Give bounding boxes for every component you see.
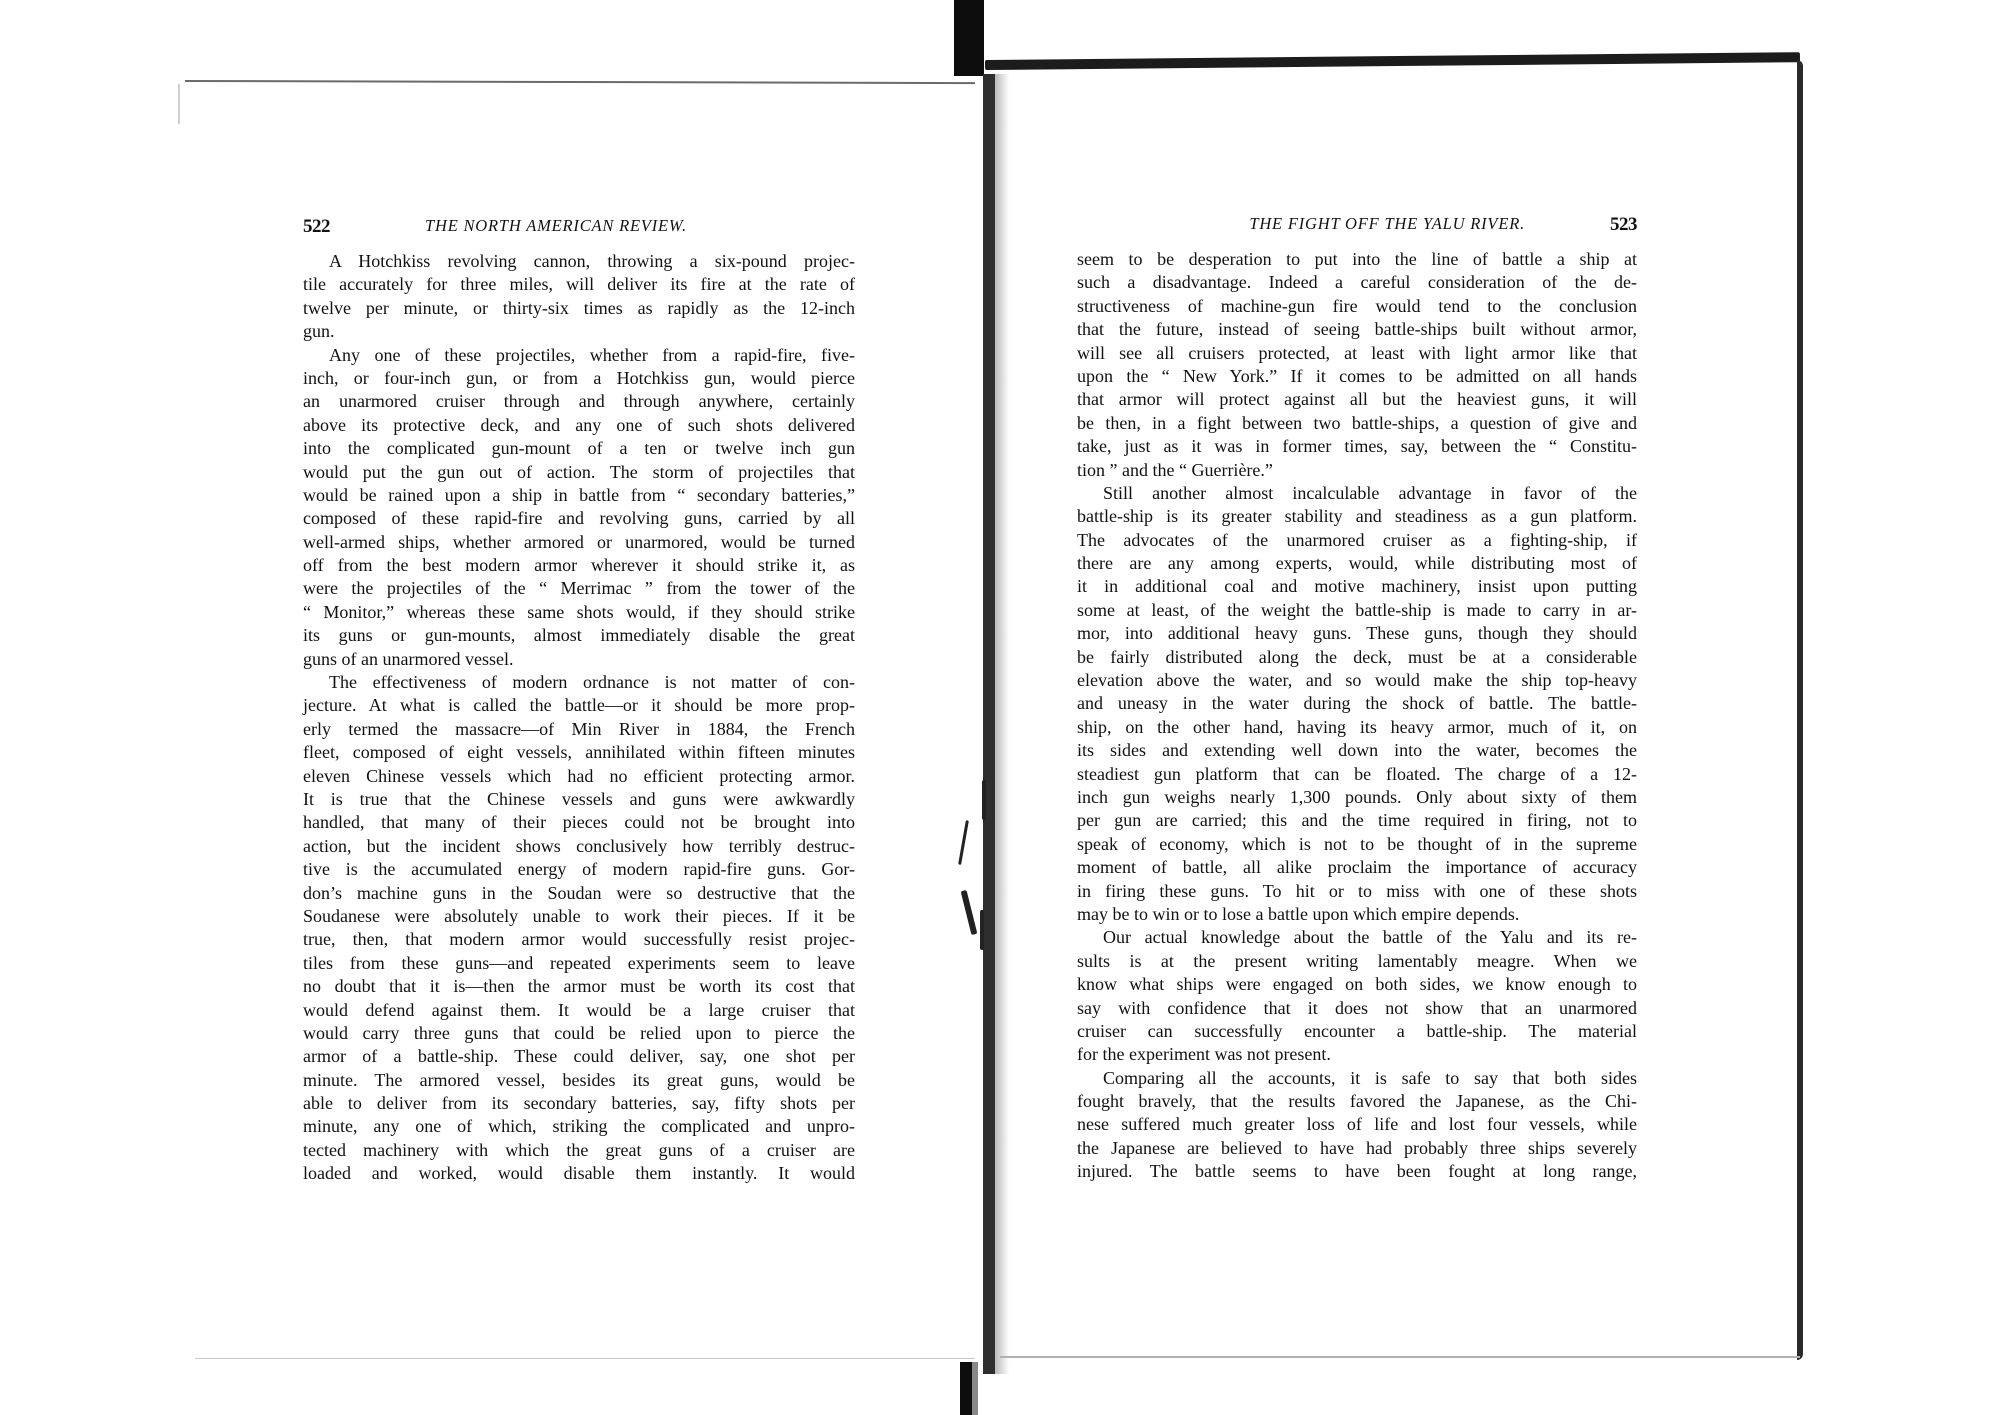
text-line-content: some at least, of the weight the battle-…	[1077, 599, 1637, 622]
running-head: 522 THE NORTH AMERICAN REVIEW.	[303, 212, 855, 240]
text-line: be then, in a fight between two battle-s…	[1077, 412, 1637, 435]
text-line-content: no doubt that it is—then the armor must …	[303, 975, 855, 998]
text-line-content: “ Monitor,” whereas these same shots wou…	[303, 601, 855, 624]
text-line: tion ” and the “ Guerrière.”	[1077, 459, 1637, 482]
text-line-content: tile accurately for three miles, will de…	[303, 273, 855, 296]
text-line: tive is the accumulated energy of modern…	[303, 858, 855, 881]
text-line-content: don’s machine guns in the Soudan were so…	[303, 882, 855, 905]
text-line-content: true, then, that modern armor would succ…	[303, 928, 855, 951]
text-line-content: erly termed the massacre—of Min River in…	[303, 718, 855, 741]
text-line: eleven Chinese vessels which had no effi…	[303, 765, 855, 788]
text-line-content: would put the gun out of action. The sto…	[303, 461, 855, 484]
text-line-content: its sides and extending well down into t…	[1077, 739, 1637, 762]
text-line-content: structiveness of machine-gun fire would …	[1077, 295, 1637, 318]
text-line-content: handled, that many of their pieces could…	[303, 811, 855, 834]
text-line-content: its guns or gun-mounts, almost immediate…	[303, 624, 855, 647]
paragraph: Comparing all the accounts, it is safe t…	[1077, 1067, 1637, 1184]
text-line: that the future, instead of seeing battl…	[1077, 318, 1637, 341]
gutter-stain	[982, 780, 986, 820]
text-line: may be to win or to lose a battle upon w…	[1077, 903, 1637, 926]
text-line-content: well-armed ships, whether armored or una…	[303, 531, 855, 554]
text-line-content: were the projectiles of the “ Merrimac ”…	[303, 577, 855, 600]
text-line: for the experiment was not present.	[1077, 1043, 1637, 1066]
text-line: some at least, of the weight the battle-…	[1077, 599, 1637, 622]
text-line-content: composed of these rapid-fire and revolvi…	[303, 507, 855, 530]
text-line-content: seem to be desperation to put into the l…	[1077, 248, 1637, 271]
text-line: inch, or four-inch gun, or from a Hotchk…	[303, 367, 855, 390]
text-line: injured. The battle seems to have been f…	[1077, 1160, 1637, 1183]
text-line-content: be fairly distributed along the deck, mu…	[1077, 646, 1637, 669]
text-line-content: minute. The armored vessel, besides its …	[303, 1069, 855, 1092]
text-line: know what ships were engaged on both sid…	[1077, 973, 1637, 996]
text-line-content: Any one of these projectiles, whether fr…	[329, 344, 855, 367]
text-line-content: tiles from these guns—and repeated exper…	[303, 952, 855, 975]
text-line-content: an unarmored cruiser through and through…	[303, 390, 855, 413]
text-line: tile accurately for three miles, will de…	[303, 273, 855, 296]
text-line: in firing these guns. To hit or to miss …	[1077, 880, 1637, 903]
text-line-content: eleven Chinese vessels which had no effi…	[303, 765, 855, 788]
text-line: Still another almost incalculable advant…	[1077, 482, 1637, 505]
text-line: its sides and extending well down into t…	[1077, 739, 1637, 762]
text-line-content: inch, or four-inch gun, or from a Hotchk…	[303, 367, 855, 390]
paragraph: Our actual knowledge about the battle of…	[1077, 926, 1637, 1066]
text-line-content: and uneasy in the water during the shock…	[1077, 692, 1637, 715]
text-line: off from the best modern armor wherever …	[303, 554, 855, 577]
text-line-content: would carry three guns that could be rel…	[303, 1022, 855, 1045]
right-page-bottom-edge	[1000, 1356, 1800, 1358]
text-line-content: A Hotchkiss revolving cannon, throwing a…	[329, 250, 855, 273]
text-line: per gun are carried; this and the time r…	[1077, 809, 1637, 832]
text-line: sults is at the present writing lamentab…	[1077, 950, 1637, 973]
text-line: tected machinery with which the great gu…	[303, 1139, 855, 1162]
text-line-content: twelve per minute, or thirty-six times a…	[303, 297, 855, 320]
text-line: its guns or gun-mounts, almost immediate…	[303, 624, 855, 647]
text-line: Comparing all the accounts, it is safe t…	[1077, 1067, 1637, 1090]
paragraph: Any one of these projectiles, whether fr…	[303, 344, 855, 671]
text-line: an unarmored cruiser through and through…	[303, 390, 855, 413]
text-line-content: the Japanese are believed to have had pr…	[1077, 1137, 1637, 1160]
text-line-content: able to deliver from its secondary batte…	[303, 1092, 855, 1115]
text-line: the Japanese are believed to have had pr…	[1077, 1137, 1637, 1160]
text-line-content: steadiest gun platform that can be float…	[1077, 763, 1637, 786]
text-line: seem to be desperation to put into the l…	[1077, 248, 1637, 271]
right-page: THE FIGHT OFF THE YALU RIVER. 523 seem t…	[1077, 210, 1637, 1184]
text-line: minute. The armored vessel, besides its …	[303, 1069, 855, 1092]
text-line-content: The advocates of the unarmored cruiser a…	[1077, 529, 1637, 552]
text-line-content: tected machinery with which the great gu…	[303, 1139, 855, 1162]
text-line: moment of battle, all alike proclaim the…	[1077, 856, 1637, 879]
text-line: would put the gun out of action. The sto…	[303, 461, 855, 484]
text-line: were the projectiles of the “ Merrimac ”…	[303, 577, 855, 600]
text-line: take, just as it was in former times, sa…	[1077, 435, 1637, 458]
text-line-content: know what ships were engaged on both sid…	[1077, 973, 1637, 996]
text-line: well-armed ships, whether armored or una…	[303, 531, 855, 554]
text-line-content: Still another almost incalculable advant…	[1103, 482, 1637, 505]
text-line-content: Soudanese were absolutely unable to work…	[303, 905, 855, 928]
text-line: true, then, that modern armor would succ…	[303, 928, 855, 951]
scanned-book-spread: 522 THE NORTH AMERICAN REVIEW. A Hotchki…	[0, 0, 2000, 1415]
paragraph: A Hotchkiss revolving cannon, throwing a…	[303, 250, 855, 344]
text-line: that armor will protect against all but …	[1077, 388, 1637, 411]
text-line-content: may be to win or to lose a battle upon w…	[1077, 903, 1637, 926]
text-line: into the complicated gun-mount of a ten …	[303, 437, 855, 460]
text-line-content: above its protective deck, and any one o…	[303, 414, 855, 437]
text-line: such a disadvantage. Indeed a careful co…	[1077, 271, 1637, 294]
text-line-content: for the experiment was not present.	[1077, 1043, 1637, 1066]
text-line-content: ship, on the other hand, having its heav…	[1077, 716, 1637, 739]
text-line: cruiser can successfully encounter a bat…	[1077, 1020, 1637, 1043]
text-line-content: jecture. At what is called the battle—or…	[303, 694, 855, 717]
text-line-content: armor of a battle-ship. These could deli…	[303, 1045, 855, 1068]
gutter-shadow	[983, 74, 995, 1374]
text-line: be fairly distributed along the deck, mu…	[1077, 646, 1637, 669]
text-line-content: tive is the accumulated energy of modern…	[303, 858, 855, 881]
text-line: no doubt that it is—then the armor must …	[303, 975, 855, 998]
text-line-content: that armor will protect against all but …	[1077, 388, 1637, 411]
text-line: it in additional coal and motive machine…	[1077, 575, 1637, 598]
text-line: would carry three guns that could be rel…	[303, 1022, 855, 1045]
text-line: able to deliver from its secondary batte…	[303, 1092, 855, 1115]
text-line: Our actual knowledge about the battle of…	[1077, 926, 1637, 949]
text-line-content: such a disadvantage. Indeed a careful co…	[1077, 271, 1637, 294]
text-line-content: mor, into additional heavy guns. These g…	[1077, 622, 1637, 645]
text-line: there are any among experts, would, whil…	[1077, 552, 1637, 575]
text-line-content: would be rained upon a ship in battle fr…	[303, 484, 855, 507]
binding-bottom-shade	[972, 1362, 978, 1415]
text-line: will see all cruisers protected, at leas…	[1077, 342, 1637, 365]
text-line-content: be then, in a fight between two battle-s…	[1077, 412, 1637, 435]
text-line-content: will see all cruisers protected, at leas…	[1077, 342, 1637, 365]
text-line: It is true that the Chinese vessels and …	[303, 788, 855, 811]
text-line: fought bravely, that the results favored…	[1077, 1090, 1637, 1113]
right-page-top-edge	[985, 52, 1800, 70]
text-line: handled, that many of their pieces could…	[303, 811, 855, 834]
left-page-side-edge	[178, 84, 180, 124]
text-line: mor, into additional heavy guns. These g…	[1077, 622, 1637, 645]
text-line-content: gun.	[303, 320, 855, 343]
text-line: tiles from these guns—and repeated exper…	[303, 952, 855, 975]
text-line: and uneasy in the water during the shock…	[1077, 692, 1637, 715]
text-line-content: elevation above the water, and so would …	[1077, 669, 1637, 692]
text-line-content: battle-ship is its greater stability and…	[1077, 505, 1637, 528]
text-line-content: fleet, composed of eight vessels, annihi…	[303, 741, 855, 764]
text-line: Soudanese were absolutely unable to work…	[303, 905, 855, 928]
text-line-content: guns of an unarmored vessel.	[303, 648, 855, 671]
text-line: Any one of these projectiles, whether fr…	[303, 344, 855, 367]
text-line-content: off from the best modern armor wherever …	[303, 554, 855, 577]
text-line: upon the “ New York.” If it comes to be …	[1077, 365, 1637, 388]
text-line: minute, any one of which, striking the c…	[303, 1115, 855, 1138]
text-line-content: there are any among experts, would, whil…	[1077, 552, 1637, 575]
page-number: 523	[1610, 214, 1637, 236]
text-line-content: take, just as it was in former times, sa…	[1077, 435, 1637, 458]
text-line: A Hotchkiss revolving cannon, throwing a…	[303, 250, 855, 273]
text-line: The effectiveness of modern ordnance is …	[303, 671, 855, 694]
text-line: battle-ship is its greater stability and…	[1077, 505, 1637, 528]
text-line: elevation above the water, and so would …	[1077, 669, 1637, 692]
text-line-content: nese suffered much greater loss of life …	[1077, 1113, 1637, 1136]
text-line: erly termed the massacre—of Min River in…	[303, 718, 855, 741]
text-line-content: The effectiveness of modern ordnance is …	[329, 671, 855, 694]
text-line-content: speak of economy, which is not to be tho…	[1077, 833, 1637, 856]
paragraph: seem to be desperation to put into the l…	[1077, 248, 1637, 482]
text-line: twelve per minute, or thirty-six times a…	[303, 297, 855, 320]
text-line-content: Our actual knowledge about the battle of…	[1103, 926, 1637, 949]
text-line: would be rained upon a ship in battle fr…	[303, 484, 855, 507]
binding-top	[954, 0, 984, 76]
left-page-bottom-edge	[195, 1358, 975, 1359]
binding-bottom	[960, 1362, 972, 1415]
text-line: The advocates of the unarmored cruiser a…	[1077, 529, 1637, 552]
text-line: composed of these rapid-fire and revolvi…	[303, 507, 855, 530]
page-body: A Hotchkiss revolving cannon, throwing a…	[303, 250, 855, 1186]
text-line: above its protective deck, and any one o…	[303, 414, 855, 437]
text-line-content: injured. The battle seems to have been f…	[1077, 1160, 1637, 1183]
running-head-title: THE FIGHT OFF THE YALU RIVER.	[1249, 214, 1525, 234]
text-line-content: action, but the incident shows conclusiv…	[303, 835, 855, 858]
text-line: steadiest gun platform that can be float…	[1077, 763, 1637, 786]
gutter-gradient	[995, 74, 1009, 1374]
text-line-content: tion ” and the “ Guerrière.”	[1077, 459, 1637, 482]
text-line: “ Monitor,” whereas these same shots wou…	[303, 601, 855, 624]
text-line: nese suffered much greater loss of life …	[1077, 1113, 1637, 1136]
text-line: inch gun weighs nearly 1,300 pounds. Onl…	[1077, 786, 1637, 809]
running-head-title: THE NORTH AMERICAN REVIEW.	[425, 216, 687, 236]
page-number: 522	[303, 216, 330, 238]
text-line-content: in firing these guns. To hit or to miss …	[1077, 880, 1637, 903]
text-line: would defend against them. It would be a…	[303, 999, 855, 1022]
text-line: gun.	[303, 320, 855, 343]
text-line: ship, on the other hand, having its heav…	[1077, 716, 1637, 739]
text-line: loaded and worked, would disable them in…	[303, 1162, 855, 1185]
text-line-content: per gun are carried; this and the time r…	[1077, 809, 1637, 832]
text-line: speak of economy, which is not to be tho…	[1077, 833, 1637, 856]
gutter-stain	[961, 890, 978, 935]
text-line-content: that the future, instead of seeing battl…	[1077, 318, 1637, 341]
text-line: action, but the incident shows conclusiv…	[303, 835, 855, 858]
text-line-content: sults is at the present writing lamentab…	[1077, 950, 1637, 973]
text-line-content: It is true that the Chinese vessels and …	[303, 788, 855, 811]
text-line: fleet, composed of eight vessels, annihi…	[303, 741, 855, 764]
right-page-side-edge	[1797, 60, 1803, 1360]
gutter-stain	[980, 910, 984, 950]
gutter-stain	[958, 820, 969, 865]
text-line-content: Comparing all the accounts, it is safe t…	[1103, 1067, 1637, 1090]
text-line-content: fought bravely, that the results favored…	[1077, 1090, 1637, 1113]
text-line: say with confidence that it does not sho…	[1077, 997, 1637, 1020]
text-line: guns of an unarmored vessel.	[303, 648, 855, 671]
text-line-content: say with confidence that it does not sho…	[1077, 997, 1637, 1020]
text-line-content: it in additional coal and motive machine…	[1077, 575, 1637, 598]
running-head: THE FIGHT OFF THE YALU RIVER. 523	[1077, 210, 1637, 238]
paragraph: Still another almost incalculable advant…	[1077, 482, 1637, 926]
text-line-content: loaded and worked, would disable them in…	[303, 1162, 855, 1185]
text-line-content: upon the “ New York.” If it comes to be …	[1077, 365, 1637, 388]
paragraph: The effectiveness of modern ordnance is …	[303, 671, 855, 1186]
text-line-content: into the complicated gun-mount of a ten …	[303, 437, 855, 460]
text-line-content: minute, any one of which, striking the c…	[303, 1115, 855, 1138]
text-line-content: cruiser can successfully encounter a bat…	[1077, 1020, 1637, 1043]
page-body: seem to be desperation to put into the l…	[1077, 248, 1637, 1184]
text-line: structiveness of machine-gun fire would …	[1077, 295, 1637, 318]
text-line-content: moment of battle, all alike proclaim the…	[1077, 856, 1637, 879]
text-line-content: would defend against them. It would be a…	[303, 999, 855, 1022]
left-page-top-edge	[185, 80, 975, 84]
text-line: jecture. At what is called the battle—or…	[303, 694, 855, 717]
left-page: 522 THE NORTH AMERICAN REVIEW. A Hotchki…	[303, 212, 855, 1186]
text-line-content: inch gun weighs nearly 1,300 pounds. Onl…	[1077, 786, 1637, 809]
text-line: armor of a battle-ship. These could deli…	[303, 1045, 855, 1068]
text-line: don’s machine guns in the Soudan were so…	[303, 882, 855, 905]
